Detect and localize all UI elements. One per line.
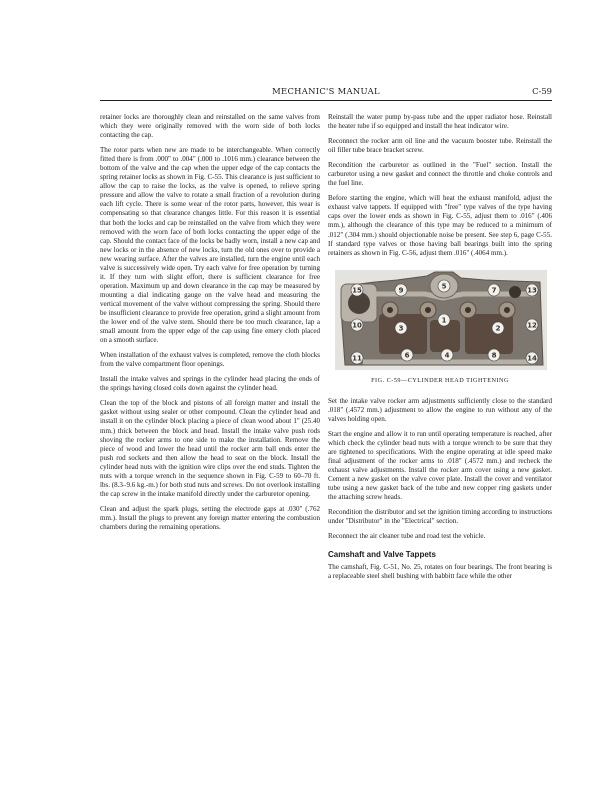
- page-header: MECHANIC'S MANUAL C-59: [100, 86, 552, 101]
- paragraph: Recondition the carburetor as outlined i…: [328, 161, 552, 188]
- paragraph: Install the intake valves and springs in…: [100, 375, 320, 393]
- svg-text:9: 9: [399, 286, 404, 294]
- paragraph: Recondition the distributor and set the …: [328, 508, 552, 526]
- paragraph: Start the engine and allow it to run unt…: [328, 430, 552, 502]
- svg-text:12: 12: [527, 321, 537, 329]
- svg-text:13: 13: [527, 286, 537, 294]
- page-number: C-59: [532, 86, 552, 96]
- paragraph: The rotor parts when new are made to be …: [100, 146, 320, 345]
- svg-text:14: 14: [527, 354, 537, 362]
- paragraph: Before starting the engine, which will h…: [328, 194, 552, 257]
- svg-text:7: 7: [492, 286, 497, 294]
- section-heading: Camshaft and Valve Tappets: [328, 550, 552, 559]
- left-column: retainer locks are thoroughly clean and …: [100, 113, 320, 538]
- running-title: MECHANIC'S MANUAL: [100, 86, 552, 96]
- bolt-sequence-label: 5: [438, 280, 450, 292]
- svg-text:5: 5: [442, 282, 447, 290]
- bolt-sequence-label: 3: [395, 322, 407, 334]
- svg-text:10: 10: [352, 321, 362, 329]
- bolt-sequence-label: 15: [351, 284, 363, 296]
- svg-text:1: 1: [442, 316, 447, 324]
- svg-text:4: 4: [445, 351, 450, 359]
- bolt-sequence-label: 8: [488, 349, 500, 361]
- paragraph: Clean the top of the block and pistons o…: [100, 399, 320, 499]
- svg-text:2: 2: [496, 324, 501, 332]
- bolt-sequence-label: 1: [438, 314, 450, 326]
- bolt-sequence-label: 9: [395, 284, 407, 296]
- svg-text:3: 3: [399, 324, 404, 332]
- paragraph: When installation of the exhaust valves …: [100, 351, 320, 369]
- figure-caption: FIG. C-59—CYLINDER HEAD TIGHTENING: [328, 376, 552, 385]
- right-column: Reinstall the water pump by-pass tube an…: [328, 113, 552, 588]
- paragraph: Set the intake valve rocker arm adjustme…: [328, 397, 552, 424]
- bolt-sequence-label: 12: [526, 319, 538, 331]
- paragraph: Clean and adjust the spark plugs, settin…: [100, 505, 320, 532]
- paragraph: The camshaft, Fig. C-51, No. 25, rotates…: [328, 563, 552, 581]
- svg-text:11: 11: [352, 354, 362, 362]
- bolt-sequence-label: 4: [441, 349, 453, 361]
- bolt-sequence-label: 14: [526, 352, 538, 364]
- paragraph: Reinstall the water pump by-pass tube an…: [328, 113, 552, 131]
- bolt-sequence-label: 13: [526, 284, 538, 296]
- paragraph: Reconnect the rocker arm oil line and th…: [328, 137, 552, 155]
- bolt-sequence-label: 11: [351, 352, 363, 364]
- bolt-sequence-label: 10: [351, 319, 363, 331]
- bolt-sequence-label: 6: [401, 349, 413, 361]
- bolt-sequence-label: 2: [492, 322, 504, 334]
- paragraph: retainer locks are thoroughly clean and …: [100, 113, 320, 140]
- svg-text:15: 15: [352, 286, 362, 294]
- svg-text:6: 6: [405, 351, 410, 359]
- paragraph: Reconnect the air cleaner tube and road …: [328, 532, 552, 541]
- cylinder-head-photo: 159571310312121164814: [335, 270, 547, 370]
- cylinder-head-illustration: 159571310312121164814: [335, 270, 547, 370]
- svg-text:8: 8: [492, 351, 497, 359]
- bolt-sequence-label: 7: [488, 284, 500, 296]
